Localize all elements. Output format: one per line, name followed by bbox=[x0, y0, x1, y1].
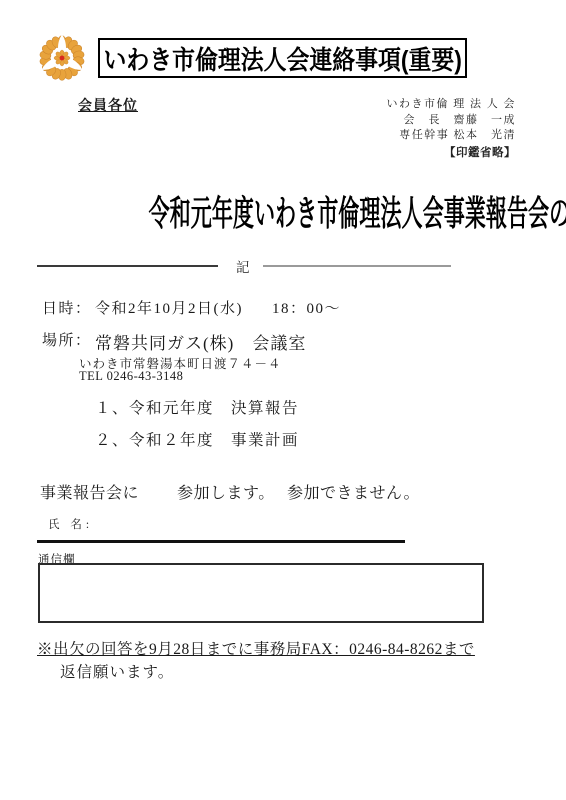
name-fill-line bbox=[37, 540, 405, 543]
notice-title: いわき市倫理法人会連絡事項(重要) bbox=[103, 40, 461, 77]
reply-deadline-note: ※出欠の回答を9月28日までに事務局FAX：0246-84-8262まで bbox=[37, 637, 475, 659]
time-value: 18：00～ bbox=[272, 297, 341, 318]
divider-line-left bbox=[37, 265, 218, 267]
datetime-label: 日時： bbox=[42, 297, 92, 318]
venue-tel: TEL 0246-43-3148 bbox=[79, 369, 183, 384]
divider-line-right bbox=[263, 265, 451, 267]
main-title: 令和元年度いわき市倫理法人会事業報告会のご案内 bbox=[0, 186, 566, 235]
notice-title-box: いわき市倫理法人会連絡事項(重要) bbox=[98, 38, 467, 78]
org-signature-block: いわき市倫 理 法 人 会 会 長 齋藤 一成 専任幹事 松本 光清 【印鑑省略… bbox=[387, 97, 517, 161]
agenda-item-1: １、令和元年度 決算報告 bbox=[95, 396, 299, 418]
recipient-label: 会員各位 bbox=[78, 95, 138, 115]
seal-omitted-note: 【印鑑省略】 bbox=[387, 146, 517, 162]
datetime-value: 令和2年10月2日(水) bbox=[95, 297, 243, 318]
place-label: 場所： bbox=[42, 329, 92, 350]
place-value: 常磐共同ガス(株) 会議室 bbox=[95, 329, 306, 354]
org-name: いわき市倫 理 法 人 会 bbox=[387, 97, 517, 113]
reply-request-note: 返信願います。 bbox=[60, 660, 174, 682]
attendance-prefix: 事業報告会に bbox=[40, 480, 139, 503]
memo-fill-box bbox=[38, 563, 484, 623]
ki-character: 記 bbox=[236, 256, 251, 276]
attendance-option-yes: 参加します。 bbox=[177, 480, 275, 503]
secretary-line: 専任幹事 松本 光清 bbox=[387, 128, 517, 144]
ki-divider: 記 bbox=[0, 256, 566, 276]
rinri-emblem-logo bbox=[37, 31, 87, 85]
attendance-option-no: 参加できません。 bbox=[287, 480, 420, 503]
agenda-item-2: ２、令和２年度 事業計画 bbox=[95, 428, 299, 450]
name-field-label: 氏 名: bbox=[48, 516, 93, 532]
chairman-line: 会 長 齋藤 一成 bbox=[387, 113, 517, 129]
